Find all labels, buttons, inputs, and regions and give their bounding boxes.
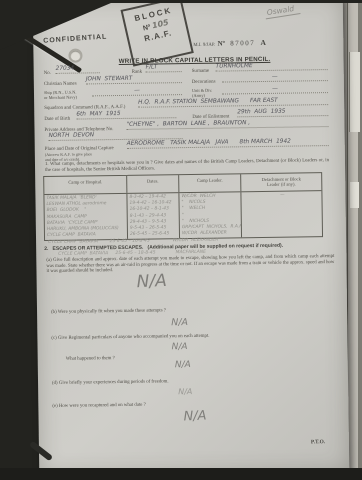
surname-value: TURNHOLME xyxy=(216,62,328,72)
decorations-label: Decorations xyxy=(192,80,216,85)
camps-table-body: TASIK MALAJA 'BLEND' LESWAN ATHOL aerodr… xyxy=(44,191,322,240)
detachment-leader-column: — xyxy=(241,191,322,237)
unit-div-value: — xyxy=(222,85,328,94)
answer-2c: N/A xyxy=(171,342,187,352)
photo-bottom-edge xyxy=(0,468,362,480)
ref-copy-letter: A xyxy=(255,38,266,47)
page-corner-tab xyxy=(349,52,360,132)
punch-hole xyxy=(70,51,80,61)
photo-of-pow-form: CONFIDENTIAL BLOCK Nº 105 R.A.F. Oswald … xyxy=(0,0,362,480)
decorations-value: — xyxy=(222,73,328,82)
question-2c-text: (c) Give Regimental particulars of anyon… xyxy=(51,332,331,342)
photo-top-edge xyxy=(0,0,362,3)
block-stamp-no-prefix: Nº xyxy=(142,24,151,33)
rank-label: Rank xyxy=(132,70,142,75)
no-label: No. xyxy=(44,71,51,76)
question-2a-text: (a) Give full description and approx. da… xyxy=(46,254,334,275)
answer-2e: N/A xyxy=(183,408,207,424)
christian-names-value: JOHN STEWART xyxy=(86,75,182,84)
no-value: 27034 xyxy=(56,65,100,74)
christian-names-label: Christian Names xyxy=(44,82,77,87)
ref-no-symbol: Nº xyxy=(218,39,231,47)
private-address-value: "CHEYNE" , BARTON LANE , BRAUNTON , xyxy=(126,119,328,130)
question-2b-text: (b) Were you physically fit when you mad… xyxy=(51,306,331,316)
unit-div-label: Unit & Div. (Army) xyxy=(192,89,213,99)
confidential-stamp: CONFIDENTIAL xyxy=(43,33,107,44)
dates-cell: 26-5-45 – 25-6-45 xyxy=(130,231,179,238)
page-tab xyxy=(350,182,359,208)
camp-leader-column: W/CDR WELCH " NICOLS " WELCH " " NICHOLS… xyxy=(179,192,242,238)
form-page: CONFIDENTIAL BLOCK Nº 105 R.A.F. Oswald … xyxy=(33,0,350,476)
squadron-value: H.Q. R.A.F. STATION SEMBAWANG FAR EAST xyxy=(138,97,328,108)
answer-2c2: N/A xyxy=(175,360,191,370)
date-of-enlistment-value: 29th AUG 1935 xyxy=(237,108,328,117)
header-dates: Dates. xyxy=(127,175,179,193)
header-camp-or-hospital: Camp or Hospital. xyxy=(44,176,127,194)
question-2c2-text: What happened to them ? xyxy=(66,354,266,362)
date-of-birth-value: 6th MAY 1915 xyxy=(76,110,176,119)
question-2d-text: (d) Give briefly your experiences during… xyxy=(52,377,332,387)
ship-value: — xyxy=(92,87,182,96)
camp-column: TASIK MALAJA 'BLEND' LESWAN ATHOL aerodr… xyxy=(44,194,128,240)
date-of-enlistment-label: Date of Enlistment xyxy=(192,114,229,120)
detachment-cell: — xyxy=(243,192,321,199)
surname-label: Surname xyxy=(192,69,209,74)
answer-2a: N/A xyxy=(136,271,167,292)
rank-value: F/LT xyxy=(146,64,182,73)
ref-series-label: M.I. 9/JAP. xyxy=(193,43,217,48)
header-camp-leader: Camp Leader. xyxy=(179,174,241,192)
camps-table: Camp or Hospital. Dates. Camp Leader. De… xyxy=(43,172,323,241)
answer-2b: N/A xyxy=(171,317,188,328)
leader-cell: W/CDR ALEXANDER xyxy=(182,231,241,238)
handwritten-annotation: Oswald xyxy=(264,3,301,19)
capture-place-value: AERODROME TASIK MALAJA JAVA 8th MARCH 19… xyxy=(127,138,329,149)
form-reference-number: M.I. 9/JAP. Nº 87007 A xyxy=(193,32,266,51)
answer-2d: N/A xyxy=(178,387,192,396)
please-turn-over-label: P.T.O. xyxy=(311,439,325,445)
ref-number: 87007 xyxy=(230,39,255,47)
dates-column: 8-3-42 – 19-4-42 19-4-42 – 16-10-42 16-1… xyxy=(127,193,180,239)
ship-label: Ship (R.N., U.S.N. or Merchant Navy) xyxy=(44,91,77,101)
header-detachment-leader: Detachment or Block Leader (if any). xyxy=(241,173,321,191)
date-of-birth-label: Date of Birth xyxy=(44,117,70,122)
